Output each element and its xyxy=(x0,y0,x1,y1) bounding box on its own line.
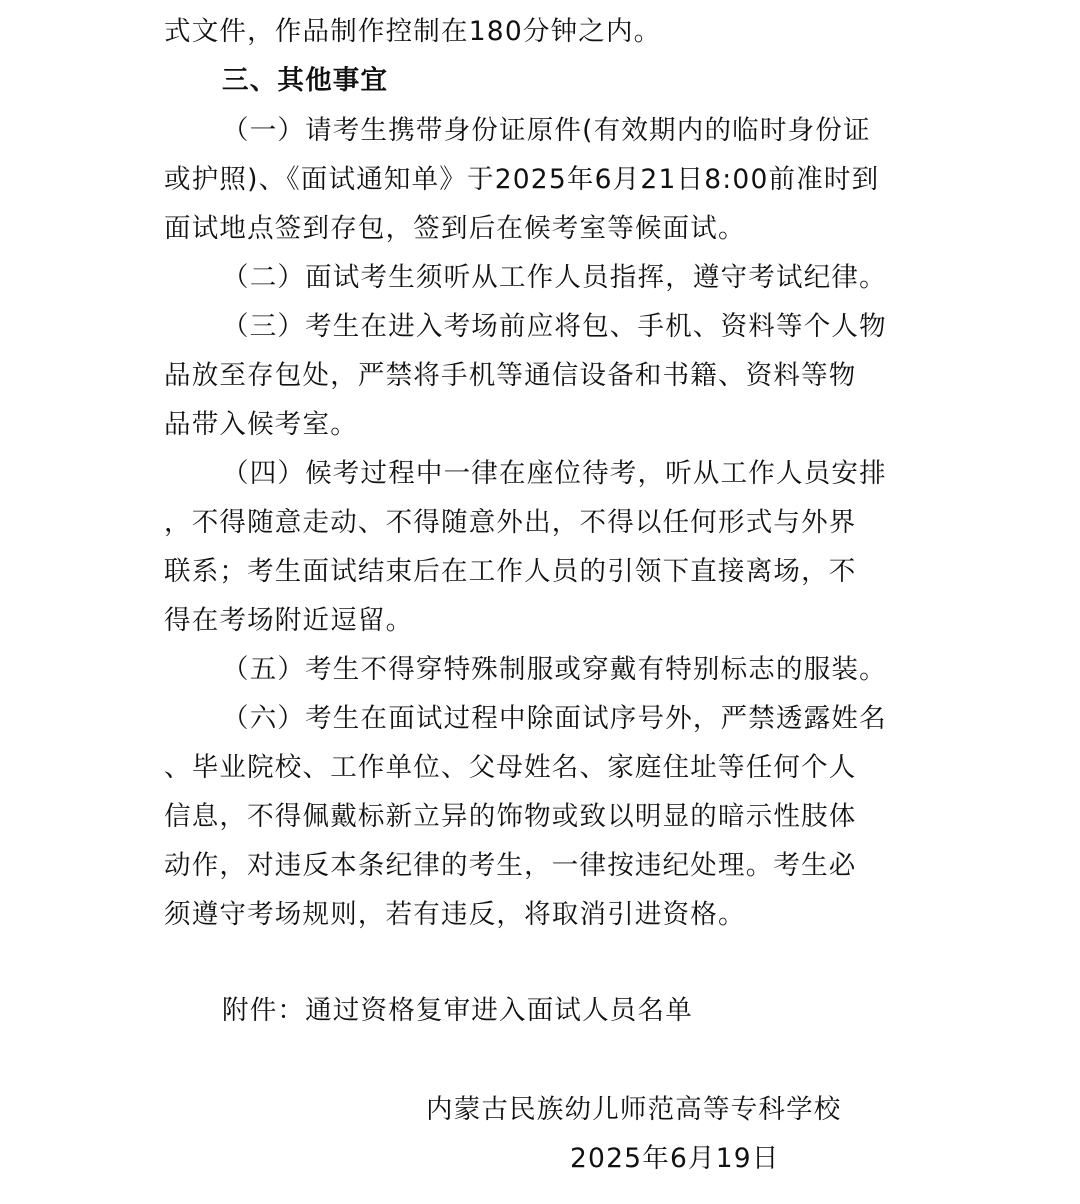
paragraph-line: （四）候考过程中一律在座位待考，听从工作人员安排 xyxy=(222,456,920,492)
signature-date: 2025年6月19日 xyxy=(570,1141,870,1177)
paragraph-line: 品带入候考室。 xyxy=(164,407,920,443)
paragraph-line: （六）考生在面试过程中除面试序号外，严禁透露姓名 xyxy=(222,701,920,737)
paragraph-line: 面试地点签到存包，签到后在候考室等候面试。 xyxy=(164,211,920,247)
paragraph-line: 、毕业院校、工作单位、父母姓名、家庭住址等任何个人 xyxy=(164,750,920,786)
section-heading: 三、其他事宜 xyxy=(222,63,920,99)
paragraph-line: 式文件，作品制作控制在180分钟之内。 xyxy=(164,14,920,50)
paragraph-line: （二）面试考生须听从工作人员指挥，遵守考试纪律。 xyxy=(222,260,920,296)
signature-organization: 内蒙古民族幼儿师范高等专科学校 xyxy=(426,1092,926,1128)
attachment-note: 附件：通过资格复审进入面试人员名单 xyxy=(222,993,920,1029)
paragraph-line: 动作，对违反本条纪律的考生，一律按违纪处理。考生必 xyxy=(164,848,920,884)
paragraph-line: （五）考生不得穿特殊制服或穿戴有特别标志的服装。 xyxy=(222,652,920,688)
paragraph-line: （一）请考生携带身份证原件(有效期内的临时身份证 xyxy=(222,113,920,149)
paragraph-line: 品放至存包处，严禁将手机等通信设备和书籍、资料等物 xyxy=(164,358,920,394)
paragraph-line: 信息，不得佩戴标新立异的饰物或致以明显的暗示性肢体 xyxy=(164,799,920,835)
paragraph-line: ，不得随意走动、不得随意外出，不得以任何形式与外界 xyxy=(164,505,920,541)
paragraph-line: 得在考场附近逗留。 xyxy=(164,603,920,639)
paragraph-line: （三）考生在进入考场前应将包、手机、资料等个人物 xyxy=(222,309,920,345)
paragraph-line: 或护照)、《面试通知单》于2025年6月21日8:00前准时到 xyxy=(164,162,920,198)
paragraph-line: 联系；考生面试结束后在工作人员的引领下直接离场，不 xyxy=(164,554,920,590)
paragraph-line: 须遵守考场规则，若有违反，将取消引进资格。 xyxy=(164,897,920,933)
